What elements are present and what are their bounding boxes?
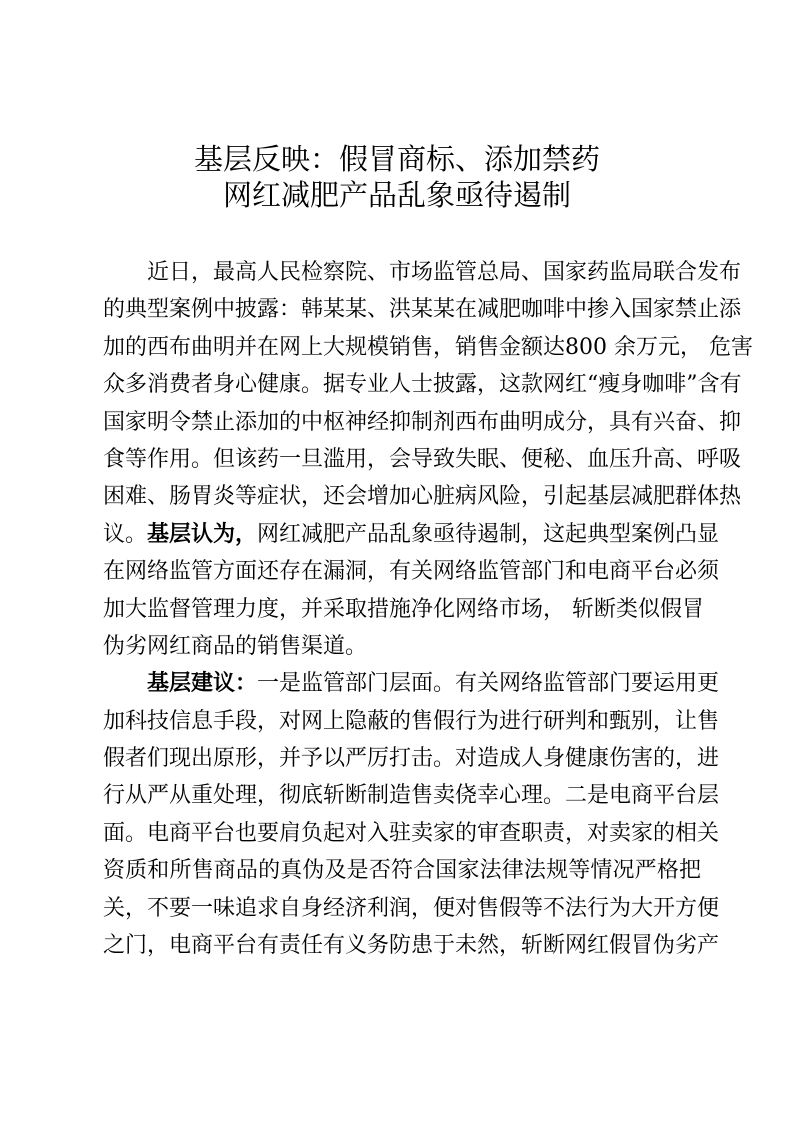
bold-lead-text: 基层建议： — [147, 670, 257, 696]
text-fragment: 一是监管部门层面。有关网络监管部门要运用更 — [257, 671, 719, 696]
text-line: 加大监督管理力度，并采取措施净化网络市场， 斩断类似假冒 — [103, 591, 701, 628]
text-line: 在网络监管方面还存在漏洞，有关网络监管部门和电商平台必须 — [103, 553, 701, 590]
text-line: 伪劣网红商品的销售渠道。 — [103, 628, 701, 665]
text-fragment: 议。 — [103, 522, 147, 547]
text-line: 国家明令禁止添加的中枢神经抑制剂西布曲明成分，具有兴奋、抑 — [103, 404, 701, 441]
text-line: 的典型案例中披露：韩某某、洪某某在减肥咖啡中掺入国家禁止添 — [103, 291, 701, 328]
text-line: 之门，电商平台有责任有义务防患于未然，斩断网红假冒伪劣产 — [103, 927, 701, 964]
text-line: 近日，最高人民检察院、市场监管总局、国家药监局联合发布 — [103, 254, 701, 291]
text-line: 众多消费者身心健康。据专业人士披露，这款网红“瘦身咖啡”含有 — [103, 366, 701, 403]
text-line: 加的西布曲明并在网上大规模销售，销售金额达800 余万元， 危害 — [103, 329, 701, 366]
document-body: 近日，最高人民检察院、市场监管总局、国家药监局联合发布 的典型案例中披露：韩某某… — [103, 254, 701, 964]
text-line: 困难、肠胃炎等症状，还会增加心脏病风险，引起基层减肥群体热 — [103, 478, 701, 515]
text-line-mixed: 议。基层认为，网红减肥产品乱象亟待遏制，这起典型案例凸显 — [103, 516, 701, 553]
text-line: 面。电商平台也要肩负起对入驻卖家的审查职责，对卖家的相关 — [103, 815, 701, 852]
text-line: 关，不要一味追求自身经济利润，便对售假等不法行为大开方便 — [103, 890, 701, 927]
paragraph-1: 近日，最高人民检察院、市场监管总局、国家药监局联合发布 的典型案例中披露：韩某某… — [103, 254, 701, 665]
bold-lead-text: 基层认为， — [147, 521, 257, 547]
text-line: 资质和所售商品的真伪及是否符合国家法律法规等情况严格把 — [103, 852, 701, 889]
text-line: 食等作用。但该药一旦滥用，会导致失眠、便秘、血压升高、呼吸 — [103, 441, 701, 478]
text-line: 行从严从重处理，彻底斩断制造售卖侥幸心理。二是电商平台层 — [103, 777, 701, 814]
document-page: 基层反映：假冒商标、添加禁药 网红减肥产品乱象亟待遏制 近日，最高人民检察院、市… — [0, 0, 794, 1122]
paragraph-2: 基层建议：一是监管部门层面。有关网络监管部门要运用更 加科技信息手段，对网上隐蔽… — [103, 665, 701, 964]
title-line-2: 网红减肥产品乱象亟待遏制 — [0, 177, 794, 213]
document-title: 基层反映：假冒商标、添加禁药 网红减肥产品乱象亟待遏制 — [0, 141, 794, 213]
text-line: 假者们现出原形，并予以严厉打击。对造成人身健康伤害的，进 — [103, 740, 701, 777]
text-line: 加科技信息手段，对网上隐蔽的售假行为进行研判和甄别，让售 — [103, 703, 701, 740]
text-line-mixed: 基层建议：一是监管部门层面。有关网络监管部门要运用更 — [103, 665, 701, 702]
title-line-1: 基层反映：假冒商标、添加禁药 — [0, 141, 794, 177]
text-fragment: 网红减肥产品乱象亟待遏制，这起典型案例凸显 — [257, 522, 719, 547]
